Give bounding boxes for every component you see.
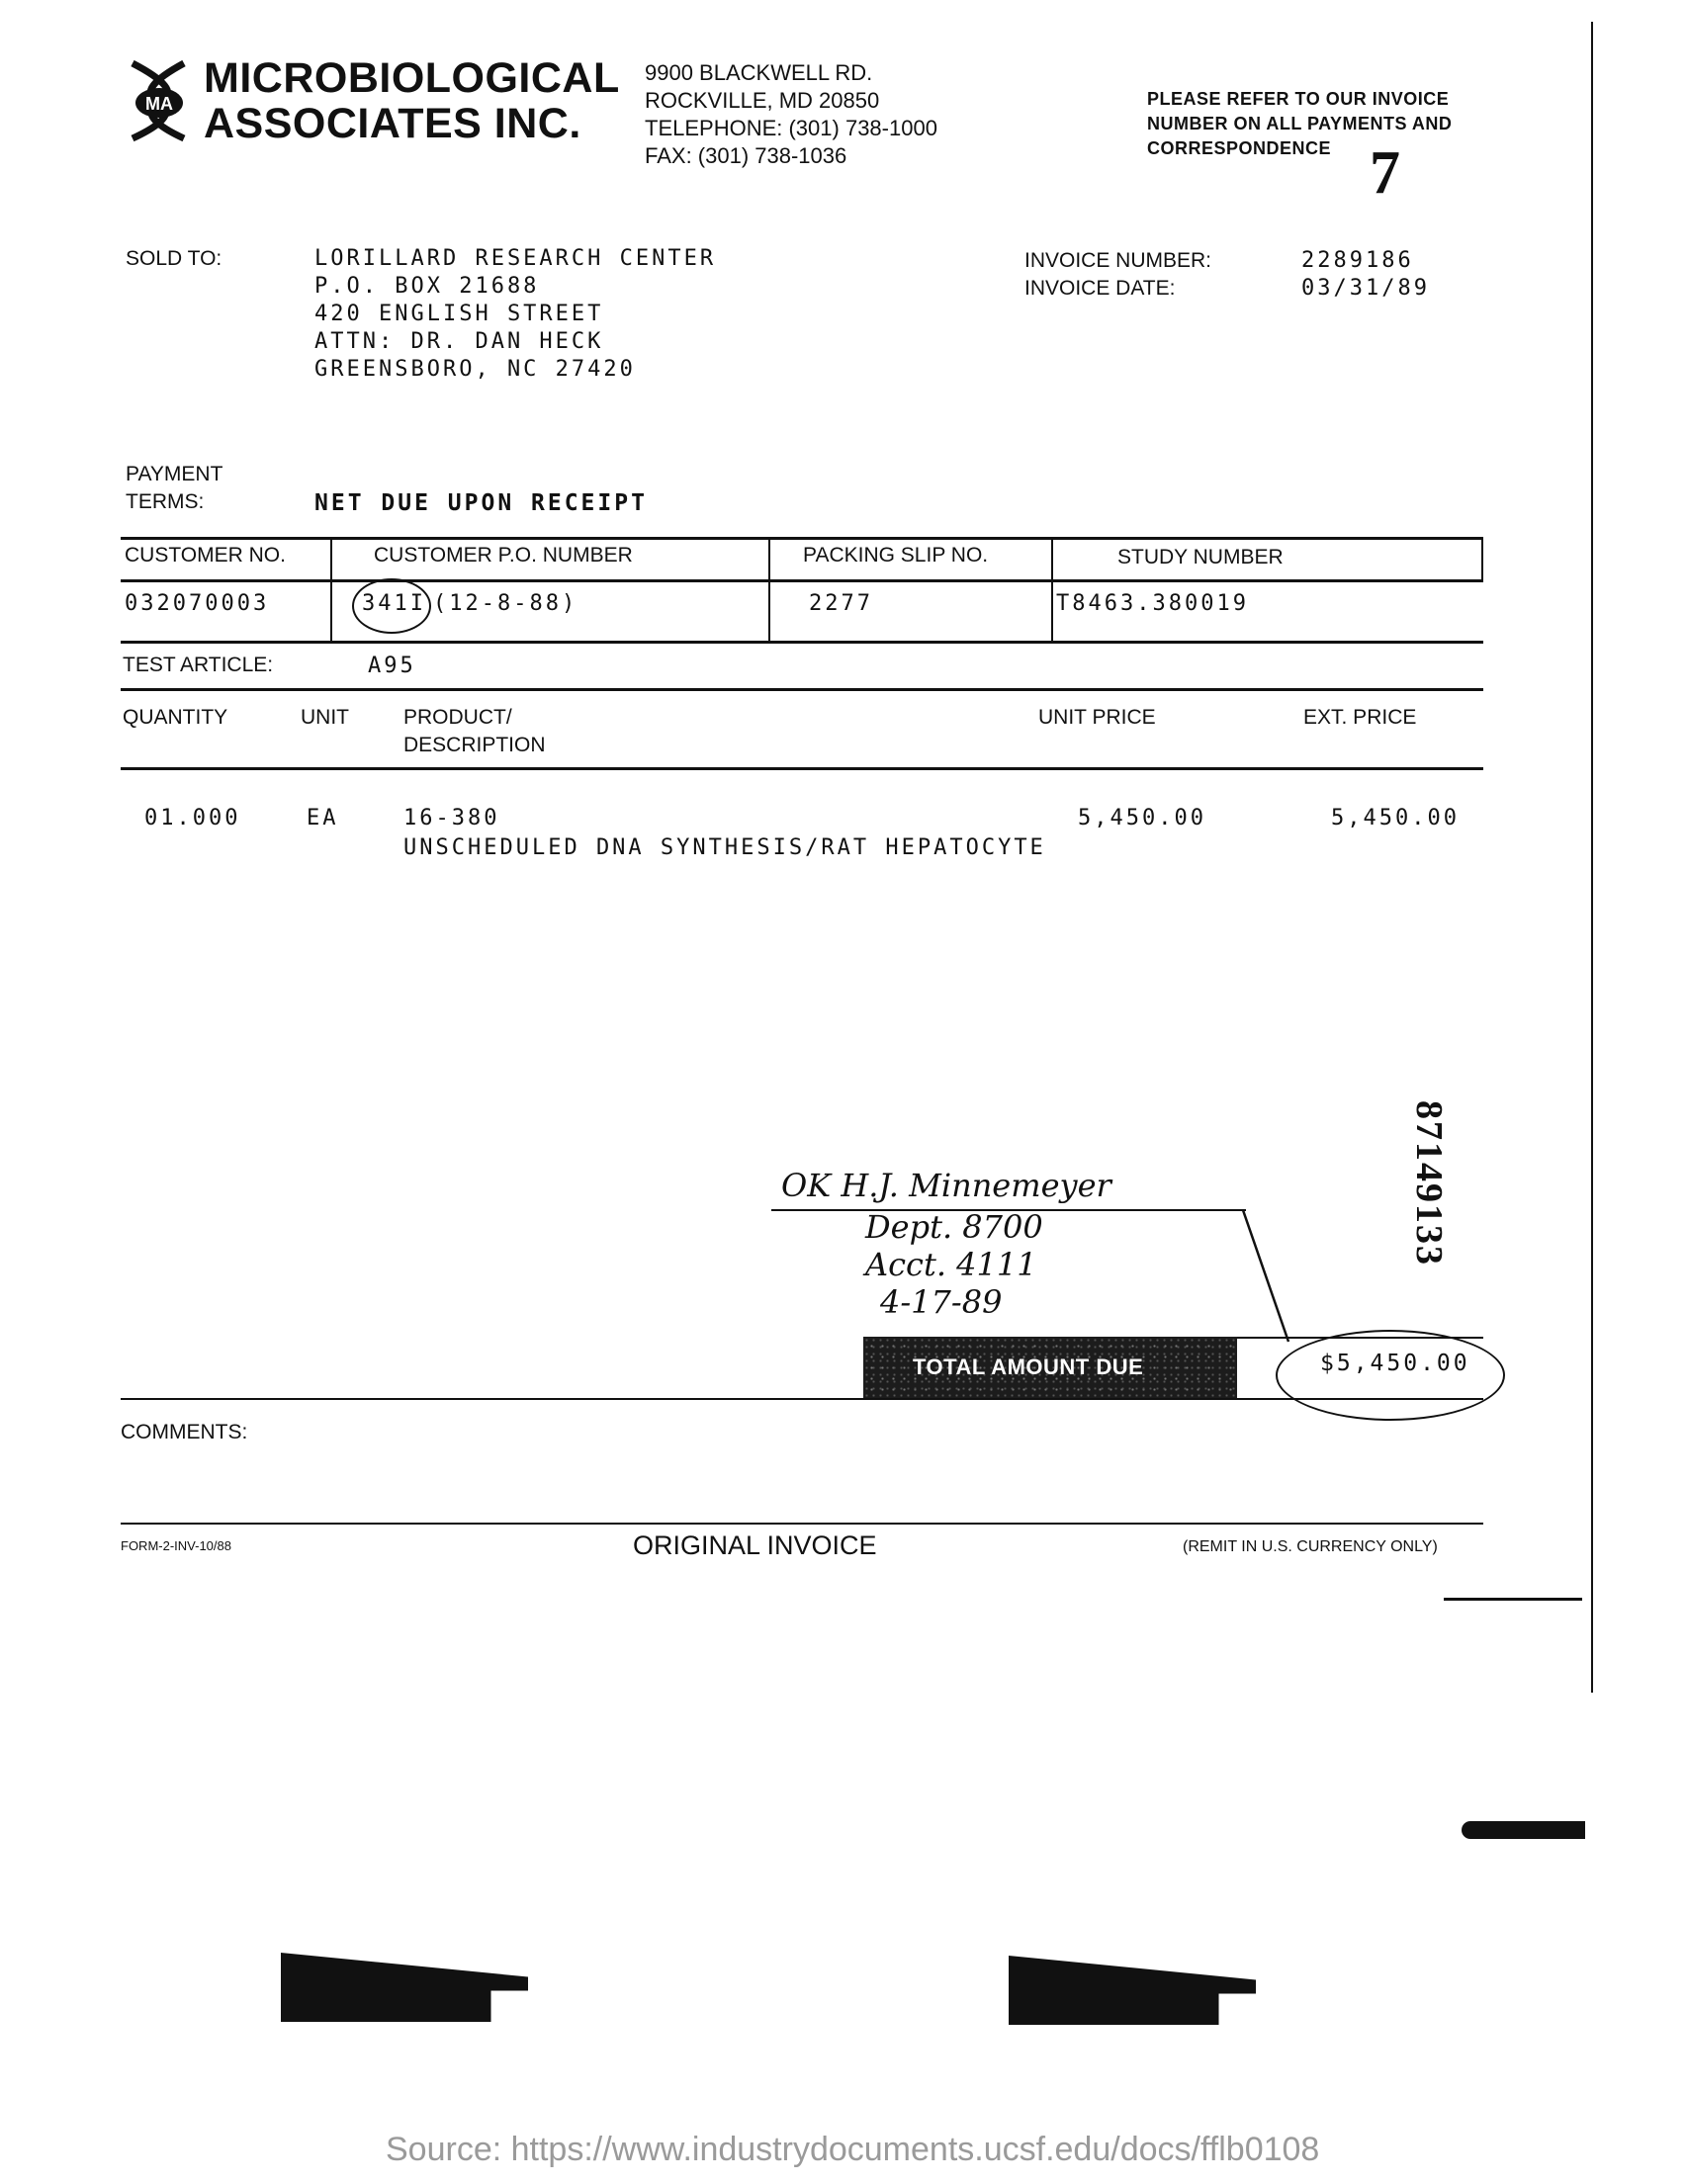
item-product: 16-380 [403, 806, 499, 830]
remit-note: (REMIT IN U.S. CURRENCY ONLY) [1183, 1538, 1438, 1556]
sold-to-label: SOLD TO: [126, 247, 222, 271]
invoice-values: 2289186 03/31/89 [1301, 247, 1430, 303]
study-number: T8463.380019 [1056, 591, 1249, 616]
header-ext-price: EXT. PRICE [1303, 704, 1416, 732]
table-divider [330, 537, 332, 642]
notice-line: PLEASE REFER TO OUR INVOICE [1147, 87, 1452, 112]
comments-label: COMMENTS: [121, 1421, 247, 1444]
po-circle-annotation [352, 578, 431, 634]
header-packing-slip: PACKING SLIP NO. [803, 544, 988, 568]
sold-to-line: GREENSBORO, NC 27420 [314, 356, 716, 384]
sold-to-line: 420 ENGLISH STREET [314, 301, 716, 328]
payment-terms-label: PAYMENT TERMS: [126, 461, 222, 516]
handwritten-mark: 7 [1370, 138, 1400, 209]
table-rule [121, 767, 1483, 770]
comments-rule [121, 1523, 1483, 1525]
company-name-line1: MICROBIOLOGICAL [204, 55, 620, 101]
invoice-labels: INVOICE NUMBER: INVOICE DATE: [1024, 247, 1211, 303]
pointer-line-annotation [1241, 1208, 1300, 1347]
header-customer-no: CUSTOMER NO. [125, 544, 286, 568]
document-stamp-number: 87149133 [1407, 1085, 1451, 1282]
scan-artifact-tab [281, 1953, 528, 2022]
total-amount-due-label-box: TOTAL AMOUNT DUE [863, 1337, 1237, 1398]
company-name-line2: ASSOCIATES INC. [204, 101, 620, 146]
table-rule [121, 688, 1483, 691]
header-unit: UNIT [301, 704, 349, 732]
address-fax: FAX: (301) 738-1036 [645, 142, 937, 170]
table-rule [121, 579, 1483, 582]
notice-line: NUMBER ON ALL PAYMENTS AND [1147, 112, 1452, 136]
item-ext-price: 5,450.00 [1331, 806, 1460, 830]
header-customer-po: CUSTOMER P.O. NUMBER [374, 544, 633, 568]
table-divider [768, 537, 770, 642]
sold-to-line: ATTN: DR. DAN HECK [314, 328, 716, 356]
sold-to-address: LORILLARD RESEARCH CENTER P.O. BOX 21688… [314, 245, 716, 384]
company-address: 9900 BLACKWELL RD. ROCKVILLE, MD 20850 T… [645, 59, 937, 170]
invoice-reference-notice: PLEASE REFER TO OUR INVOICE NUMBER ON AL… [1147, 87, 1452, 161]
payment-terms-value: NET DUE UPON RECEIPT [314, 490, 648, 516]
address-street: 9900 BLACKWELL RD. [645, 59, 937, 87]
header-product: PRODUCT/ DESCRIPTION [403, 704, 546, 759]
item-unit: EA [307, 806, 339, 830]
table-rule [121, 641, 1483, 644]
scan-artifact-tab [1462, 1821, 1585, 1839]
source-line: Source: https://www.industrydocuments.uc… [386, 2131, 1319, 2169]
header-product-line2: DESCRIPTION [403, 732, 546, 759]
address-city: ROCKVILLE, MD 20850 [645, 87, 937, 115]
original-invoice-title: ORIGINAL INVOICE [633, 1530, 877, 1561]
notice-line: CORRESPONDENCE [1147, 136, 1452, 161]
item-quantity: 01.000 [144, 806, 240, 830]
approval-dept: Dept. 8700 [865, 1208, 1043, 1246]
table-rule [121, 537, 1483, 540]
test-article-label: TEST ARTICLE: [123, 654, 273, 677]
invoice-date-label: INVOICE DATE: [1024, 275, 1211, 303]
form-id: FORM-2-INV-10/88 [121, 1538, 231, 1553]
table-divider [1051, 537, 1053, 642]
sold-to-line: P.O. BOX 21688 [314, 273, 716, 301]
approval-date: 4-17-89 [880, 1283, 1002, 1321]
table-divider [1481, 537, 1483, 581]
header-product-line1: PRODUCT/ [403, 704, 546, 732]
invoice-date: 03/31/89 [1301, 275, 1430, 303]
right-edge-rule [1591, 22, 1593, 1693]
header-quantity: QUANTITY [123, 704, 227, 732]
customer-po-date: (12-8-88) [433, 591, 577, 616]
total-amount-due-label: TOTAL AMOUNT DUE [913, 1354, 1143, 1380]
approval-signature: OK H.J. Minnemeyer [781, 1167, 1111, 1204]
total-bottom-rule [121, 1398, 1483, 1400]
packing-slip-no: 2277 [809, 591, 873, 616]
invoice-number: 2289186 [1301, 247, 1430, 275]
invoice-number-label: INVOICE NUMBER: [1024, 247, 1211, 275]
address-telephone: TELEPHONE: (301) 738-1000 [645, 115, 937, 142]
header-unit-price: UNIT PRICE [1038, 704, 1156, 732]
header-study-number: STUDY NUMBER [1117, 546, 1284, 569]
item-description: UNSCHEDULED DNA SYNTHESIS/RAT HEPATOCYTE [403, 835, 1046, 860]
svg-text:MA: MA [145, 94, 173, 114]
item-unit-price: 5,450.00 [1078, 806, 1206, 830]
payment-terms-label-line1: PAYMENT [126, 461, 222, 488]
customer-no: 032070003 [125, 591, 269, 616]
scan-artifact-line [1444, 1598, 1582, 1601]
approval-account: Acct. 4111 [865, 1246, 1037, 1283]
amount-circle-annotation [1276, 1330, 1505, 1421]
test-article-value: A95 [368, 654, 416, 678]
scan-artifact-tab [1009, 1956, 1256, 2025]
sold-to-line: LORILLARD RESEARCH CENTER [314, 245, 716, 273]
payment-terms-label-line2: TERMS: [126, 488, 222, 516]
company-logo-icon: MA [123, 59, 196, 142]
company-name: MICROBIOLOGICAL ASSOCIATES INC. [204, 55, 620, 146]
